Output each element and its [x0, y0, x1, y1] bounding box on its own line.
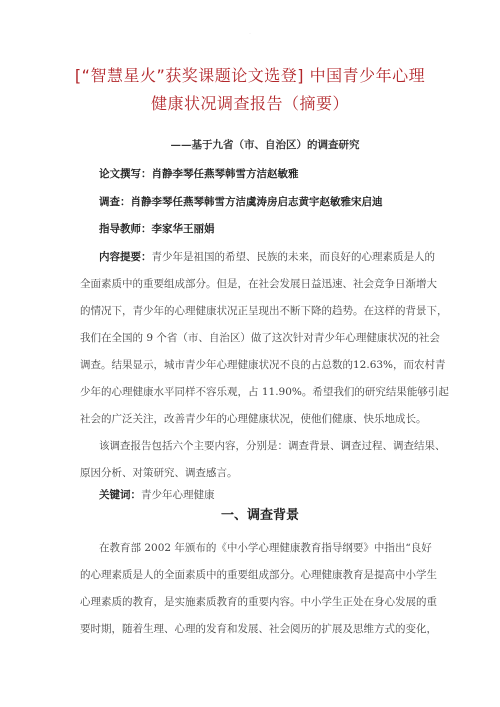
section1-line-4: 要时期，随着生理、心理的发育和发展、社会阅历的扩展及思维方式的变化，	[80, 621, 437, 636]
keywords-value: 青少年心理健康	[141, 489, 215, 501]
section1-line-2: 的心理素质是人的全面素质中的重要组成部分。心理健康教育是提高中小学生	[80, 567, 437, 582]
section1-line-1: 在教育部 2002 年颁布的《中小学心理健康教育指导纲要》中指出“良好	[99, 540, 432, 555]
keywords-label: 关键词：	[99, 489, 141, 501]
section-heading-background: 一、调查背景	[0, 504, 500, 523]
abstract-line-2: 全面素质中的重要组成部分。但是，在社会发展日益迅速、社会竞争日渐增大	[80, 276, 437, 291]
writers-label: 论文撰写：	[99, 168, 152, 180]
advisor-line: 指导教师：李家华王丽娟	[99, 221, 215, 236]
summary-line-1: 该调查报告包括六个主要内容，分别是：调查背景、调查过程、调查结果、	[99, 438, 446, 453]
keywords-line: 关键词：青少年心理健康	[99, 487, 215, 502]
abstract-line-7: 社会的广泛关注，改善青少年的心理健康状况，使他们健康、快乐地成长。	[80, 411, 427, 426]
writers-line: 论文撰写：肖静李琴任燕琴韩雪方洁赵敏雅	[99, 166, 299, 181]
abstract-line-5: 调查。结果显示，城市青少年心理健康状况不良的占总数的12.63%，而农村青	[80, 357, 446, 372]
survey-value: 肖静李琴任燕琴韩雪方洁虞涛房启志黄宇赵敏雅宋启迪	[131, 196, 383, 208]
document-page: · [“智慧星火”获奖课题论文选登] 中国青少年心理 健康状况调查报告（摘要） …	[0, 0, 500, 707]
survey-line: 调查：肖静李琴任燕琴韩雪方洁虞涛房启志黄宇赵敏雅宋启迪	[99, 194, 383, 209]
title-line-2: 健康状况调查报告（摘要）	[0, 91, 500, 114]
header-watermark: ·	[0, 31, 500, 36]
footer-watermark: ·	[0, 690, 500, 695]
abstract-line-4: 我们在全国的 9 个省（市、自治区）做了这次针对青少年心理健康状况的社会	[80, 330, 440, 345]
abstract-label: 内容提要：	[99, 251, 152, 263]
abstract-line-1: 内容提要：青少年是祖国的希望、民族的未来，而良好的心理素质是人的	[99, 249, 435, 264]
survey-label: 调查：	[99, 196, 131, 208]
advisor-value: 李家华王丽娟	[152, 223, 215, 235]
writers-value: 肖静李琴任燕琴韩雪方洁赵敏雅	[152, 168, 299, 180]
subtitle: ——基于九省（市、自治区）的调查研究	[0, 137, 500, 152]
abstract-line-3: 的情况下，青少年的心理健康状况正呈现出不断下降的趋势。在这样的背景下，	[80, 303, 448, 318]
summary-line-2: 原因分析、对策研究、调查感言。	[80, 465, 238, 480]
title-line-1: [“智慧星火”获奖课题论文选登] 中国青少年心理	[0, 63, 500, 86]
abstract-line-6: 少年的心理健康水平同样不容乐观，占 11.90%。希望我们的研究结果能够引起	[80, 384, 449, 399]
advisor-label: 指导教师：	[99, 223, 152, 235]
section1-line-3: 心理素质的教育，是实施素质教育的重要内容。中小学生正处在身心发展的重	[80, 594, 437, 609]
